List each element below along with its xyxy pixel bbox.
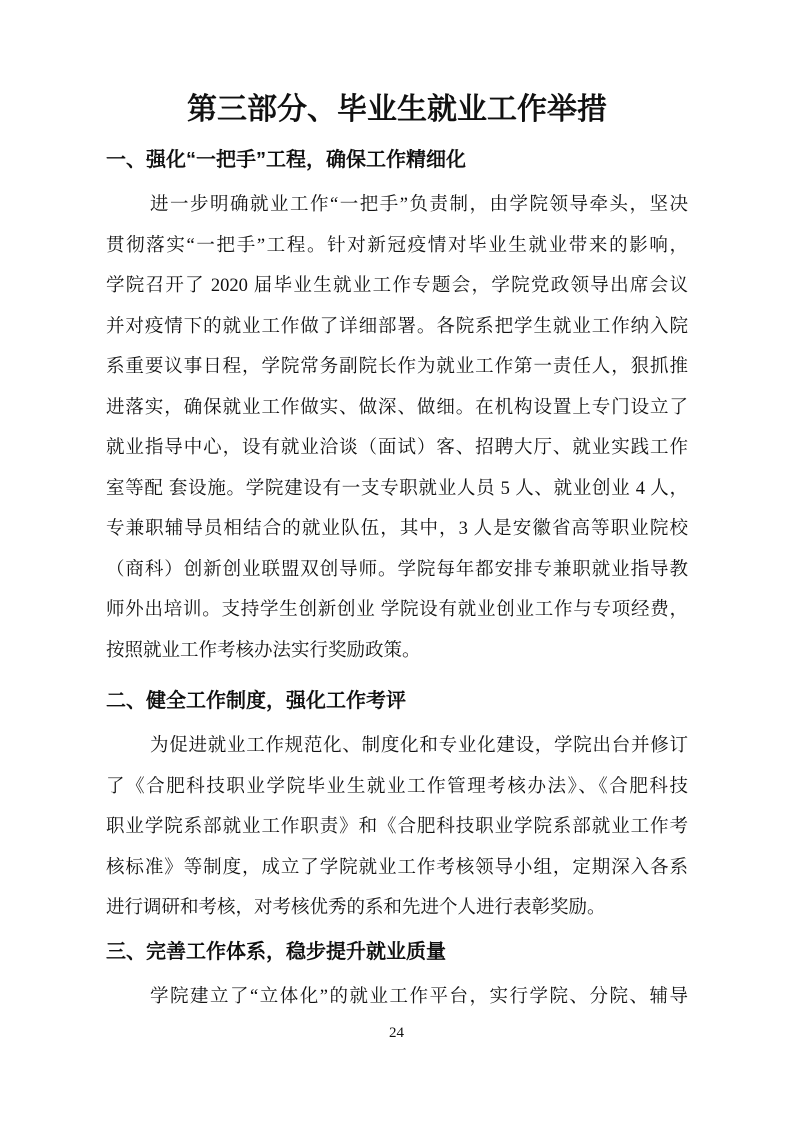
page-number: 24	[0, 1023, 793, 1043]
body-line: 就业指导中心，设有就业洽谈（面试）客、招聘大厅、就业实践工作	[106, 428, 688, 469]
body-line: 并对疫情下的就业工作做了详细部署。各院系把学生就业工作纳入院	[106, 307, 688, 348]
body-line: 进行调研和考核，对考核优秀的系和先进个人进行表彰奖励。	[106, 888, 688, 929]
section-1-heading: 一、强化“一把手”工程，确保工作精细化	[106, 147, 688, 174]
body-line: 为促进就业工作规范化、制度化和专业化建设，学院出台并修订	[106, 726, 688, 767]
body-line: 核标准》等制度，成立了学院就业工作考核领导小组，定期深入各系	[106, 848, 688, 889]
section-2-heading: 二、健全工作制度，强化工作考评	[106, 688, 688, 715]
section-2-paragraph: 为促进就业工作规范化、制度化和专业化建设，学院出台并修订 了《合肥科技职业学院毕…	[106, 726, 688, 929]
section-1-paragraph: 进一步明确就业工作“一把手”负责制，由学院领导牵头，坚决 贯彻落实“一把手”工程…	[106, 185, 688, 671]
page-content: 第三部分、毕业生就业工作举措 一、强化“一把手”工程，确保工作精细化 进一步明确…	[106, 0, 688, 1017]
body-line: 贯彻落实“一把手”工程。针对新冠疫情对毕业生就业带来的影响，	[106, 226, 688, 267]
section-3-heading: 三、完善工作体系，稳步提升就业质量	[106, 939, 688, 966]
body-line: 系重要议事日程，学院常务副院长作为就业工作第一责任人，狠抓推	[106, 347, 688, 388]
section-3-paragraph: 学院建立了“立体化”的就业工作平台，实行学院、分院、辅导	[106, 977, 688, 1018]
body-line: （商科）创新创业联盟双创导师。学院每年都安排专兼职就业指导教	[106, 550, 688, 591]
body-line: 师外出培训。支持学生创新创业 学院设有就业创业工作与专项经费，	[106, 590, 688, 631]
body-line: 了《合肥科技职业学院毕业生就业工作管理考核办法》、《合肥科技	[106, 767, 688, 808]
body-line: 学院建立了“立体化”的就业工作平台，实行学院、分院、辅导	[106, 977, 688, 1018]
body-line: 按照就业工作考核办法实行奖励政策。	[106, 631, 688, 672]
body-line: 进落实，确保就业工作做实、做深、做细。在机构设置上专门设立了	[106, 388, 688, 429]
body-line: 室等配 套设施。学院建设有一支专职就业人员 5 人、就业创业 4 人，	[106, 469, 688, 510]
body-line: 专兼职辅导员相结合的就业队伍，其中，3 人是安徽省高等职业院校	[106, 509, 688, 550]
body-line: 学院召开了 2020 届毕业生就业工作专题会，学院党政领导出席会议	[106, 266, 688, 307]
body-line: 进一步明确就业工作“一把手”负责制，由学院领导牵头，坚决	[106, 185, 688, 226]
body-line: 职业学院系部就业工作职责》和《合肥科技职业学院系部就业工作考	[106, 807, 688, 848]
document-title: 第三部分、毕业生就业工作举措	[106, 90, 688, 130]
document-page: 第三部分、毕业生就业工作举措 一、强化“一把手”工程，确保工作精细化 进一步明确…	[0, 0, 793, 1122]
